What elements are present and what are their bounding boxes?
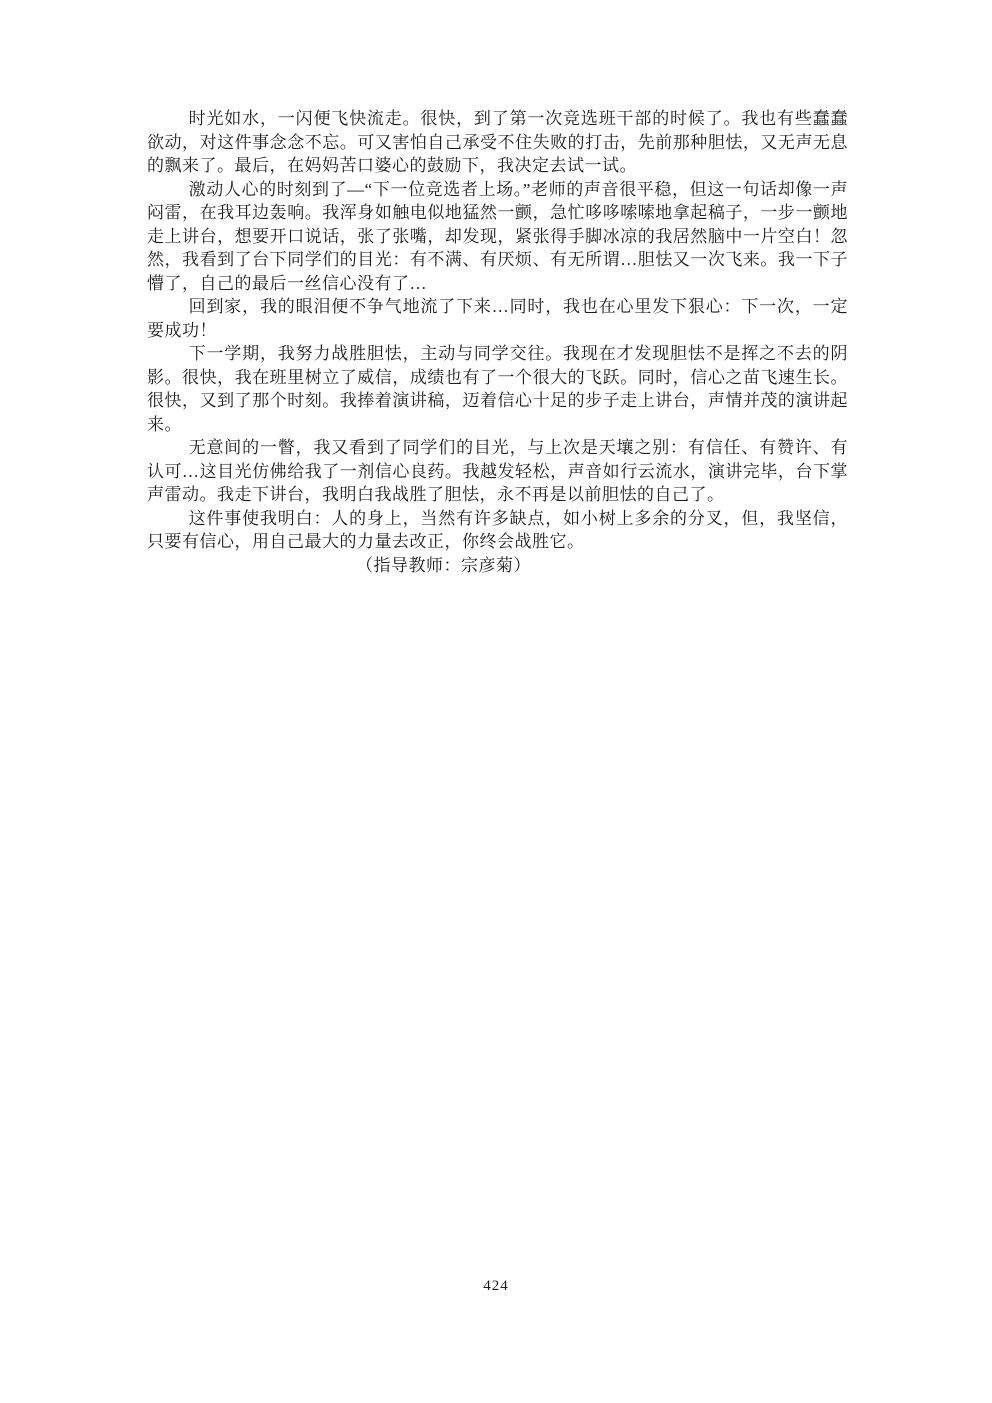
essay-paragraph: 时光如水，一闪便飞快流走。很快，到了第一次竞选班干部的时候了。我也有些蠢蠢欲动，… <box>147 107 848 178</box>
essay-paragraph: 这件事使我明白：人的身上，当然有许多缺点，如小树上多余的分叉，但，我坚信，只要有… <box>147 507 848 554</box>
essay-paragraph: 激动人心的时刻到了—“下一位竞选者上场。”老师的声音很平稳，但这一句话却像一声闷… <box>147 178 848 296</box>
page-number: 424 <box>0 1278 992 1295</box>
essay-paragraph: 回到家，我的眼泪便不争气地流了下来…同时，我也在心里发下狠心：下一次，一定要成功… <box>147 295 848 342</box>
essay-paragraph: 下一学期，我努力战胜胆怯，主动与同学交往。我现在才发现胆怯不是挥之不去的阴影。很… <box>147 342 848 436</box>
document-page: 时光如水，一闪便飞快流走。很快，到了第一次竞选班干部的时候了。我也有些蠢蠢欲动，… <box>0 0 992 1403</box>
attribution-line: （指导教师：宗彦菊） <box>147 554 848 578</box>
essay-body: 时光如水，一闪便飞快流走。很快，到了第一次竞选班干部的时候了。我也有些蠢蠢欲动，… <box>147 107 848 577</box>
essay-paragraph: 无意间的一瞥，我又看到了同学们的目光，与上次是天壤之别：有信任、有赞许、有认可…… <box>147 436 848 507</box>
